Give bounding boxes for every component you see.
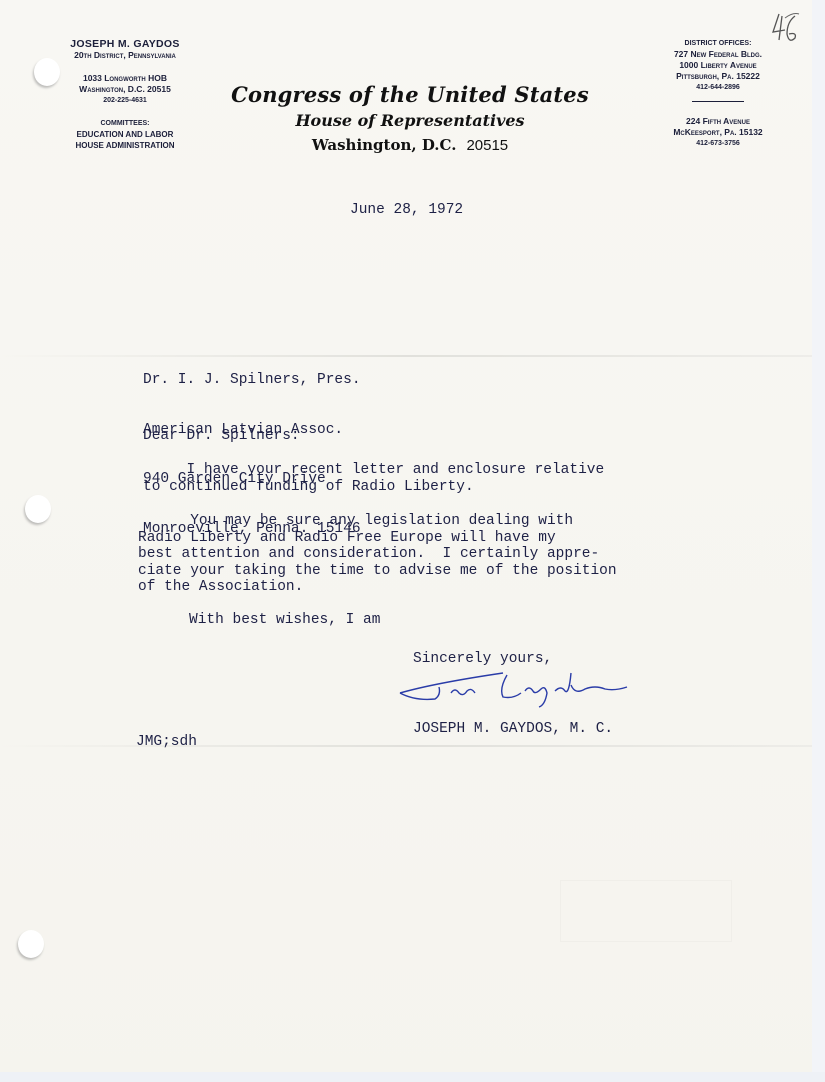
office1-line: Pittsburgh, Pa. 15222 (658, 71, 778, 82)
office2-phone: 412-673-3756 (658, 138, 778, 149)
letter-date: June 28, 1972 (350, 202, 463, 219)
masthead-zip: 20515 (466, 137, 508, 154)
committee-item: EDUCATION AND LABOR (40, 129, 210, 140)
congressman-name: JOSEPH M. GAYDOS (40, 38, 210, 50)
divider (692, 101, 744, 102)
dc-city: Washington, D.C. 20515 (40, 84, 210, 95)
letterhead-left: JOSEPH M. GAYDOS 20th District, Pennsylv… (40, 38, 210, 151)
district-label: 20th District, Pennsylvania (40, 50, 210, 61)
scan-edge-right (812, 0, 825, 1082)
committee-item: HOUSE ADMINISTRATION (40, 140, 210, 151)
handwritten-signature (395, 665, 640, 710)
pencil-annotation-icon (765, 10, 805, 50)
district-offices-label: DISTRICT OFFICES: (658, 38, 778, 49)
recipient-line: Dr. I. J. Spilners, Pres. (143, 372, 361, 389)
scan-edge-bottom (0, 1072, 825, 1082)
office2-line: 224 Fifth Avenue (658, 116, 778, 127)
office1-line: 727 New Federal Bldg. (658, 49, 778, 60)
masthead-city: Washington, D.C.20515 (230, 136, 590, 154)
dc-office: 1033 Longworth HOB (40, 73, 210, 84)
body-paragraph: I have your recent letter and enclosure … (143, 462, 604, 495)
signer-name: JOSEPH M. GAYDOS, M. C. (413, 721, 613, 738)
masthead-city-name: Washington, D.C. (312, 136, 457, 154)
office2-line: McKeesport, Pa. 15132 (658, 127, 778, 138)
dc-phone: 202-225-4631 (40, 95, 210, 106)
letterhead-right: DISTRICT OFFICES: 727 New Federal Bldg. … (658, 38, 778, 149)
paper-fold-line (0, 745, 812, 747)
body-paragraph: You may be sure any legislation dealing … (138, 513, 617, 596)
paper-fold-line (0, 355, 812, 357)
committees-label: COMMITTEES: (40, 118, 210, 129)
office1-phone: 412-644-2896 (658, 82, 778, 93)
office1-line: 1000 Liberty Avenue (658, 60, 778, 71)
punch-hole-icon (18, 930, 44, 958)
masthead-subtitle: House of Representatives (230, 111, 590, 130)
closing-line: With best wishes, I am (189, 612, 380, 629)
typist-initials: JMG;sdh (136, 734, 197, 751)
faint-watermark (560, 880, 732, 942)
punch-hole-icon (25, 495, 51, 523)
salutation: Dear Dr. Spilners: (143, 428, 300, 445)
masthead-title: Congress of the United States (230, 82, 590, 107)
masthead: Congress of the United States House of R… (230, 82, 590, 154)
